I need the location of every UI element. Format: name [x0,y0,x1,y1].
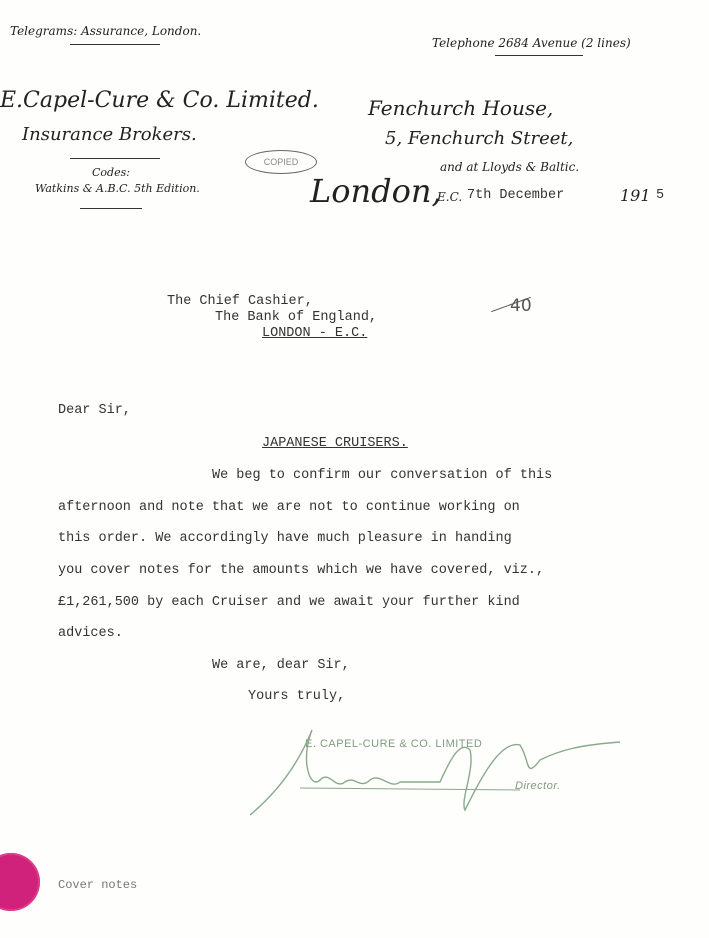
body-line: £1,261,500 by each Cruiser and we await … [58,595,520,610]
telegrams-rule [70,44,160,45]
file-annotation: 40 [510,296,532,316]
company-rule [70,158,160,159]
closing-line1: We are, dear Sir, [212,658,350,673]
company-name: E.Capel-Cure & Co. Limited. [0,88,319,113]
codes-rule [80,208,142,209]
closing-line2: Yours truly, [248,689,345,704]
handwritten-signature [240,720,630,820]
date-year-suffix: 5 [656,188,664,203]
body-line: this order. We accordingly have much ple… [58,531,512,546]
copied-stamp: COPIED [245,150,317,174]
postal-district: E.C. [437,190,462,204]
body-line: We beg to confirm our conversation of th… [212,468,552,483]
letter-page: Telegrams: Assurance, London. Telephone … [0,0,709,938]
telephone-rule [495,55,583,56]
city: London, [310,172,442,210]
enclosure-note: Cover notes [58,878,137,892]
recipient-line3: LONDON - E.C. [262,326,367,341]
body-line: advices. [58,626,123,641]
date-day-month: 7th December [467,188,564,203]
recipient-line2: The Bank of England, [215,310,377,325]
address-line1: Fenchurch House, [368,96,553,120]
date-year-prefix: 191 [620,186,651,205]
body-line: afternoon and note that we are not to co… [58,500,520,515]
company-type: Insurance Brokers. [22,124,197,145]
recipient-line1: The Chief Cashier, [167,294,313,309]
subject-line: JAPANESE CRUISERS. [262,436,408,451]
address-line3: and at Lloyds & Baltic. [440,160,579,174]
codes-label: Codes: [92,166,130,179]
codes-value: Watkins & A.B.C. 5th Edition. [35,182,200,195]
telephone-line: Telephone 2684 Avenue (2 lines) [432,36,631,50]
address-line2: 5, Fenchurch Street, [385,128,573,149]
body-line: you cover notes for the amounts which we… [58,563,544,578]
salutation: Dear Sir, [58,403,131,418]
telegrams-line: Telegrams: Assurance, London. [10,24,201,38]
red-seal [0,853,40,911]
